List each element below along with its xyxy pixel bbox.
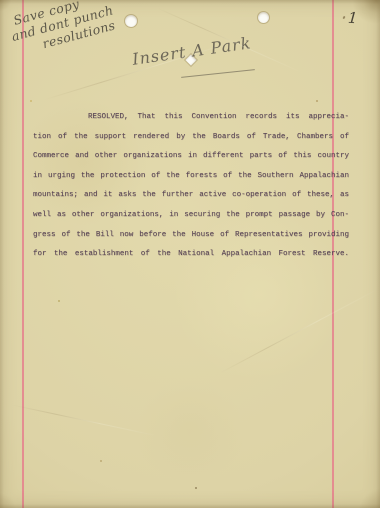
insert-note-underline xyxy=(181,69,255,78)
paper-speck xyxy=(30,100,32,102)
typed-line: in urging the protection of the forests … xyxy=(33,167,349,187)
typed-line: RESOLVED, That this Convention records i… xyxy=(33,108,349,128)
document-page: Save copy and dont punch resolutions Ins… xyxy=(0,0,380,508)
typed-line: tion of the support rendered by the Boar… xyxy=(33,128,349,148)
typed-line: for the establishment of the National Ap… xyxy=(33,245,349,265)
typed-resolution-paragraph: RESOLVED, That this Convention records i… xyxy=(33,108,349,265)
typed-line: well as other organizations, in securing… xyxy=(33,206,349,226)
left-margin-rule xyxy=(22,0,24,508)
paper-speck xyxy=(58,300,60,302)
page-number: 1 xyxy=(347,9,358,28)
punch-hole-left xyxy=(125,15,137,27)
paper-speck xyxy=(316,100,318,102)
punch-hole-right xyxy=(258,12,269,23)
typed-line: gress of the Bill now before the House o… xyxy=(33,226,349,246)
typed-line: mountains; and it asks the further activ… xyxy=(33,186,349,206)
paper-speck xyxy=(195,487,197,489)
paper-crease xyxy=(220,288,379,373)
paper-crease xyxy=(12,404,159,436)
paper-speck xyxy=(100,460,102,462)
ink-speck xyxy=(342,16,345,20)
typed-line: Commerce and other organizations in diff… xyxy=(33,147,349,167)
